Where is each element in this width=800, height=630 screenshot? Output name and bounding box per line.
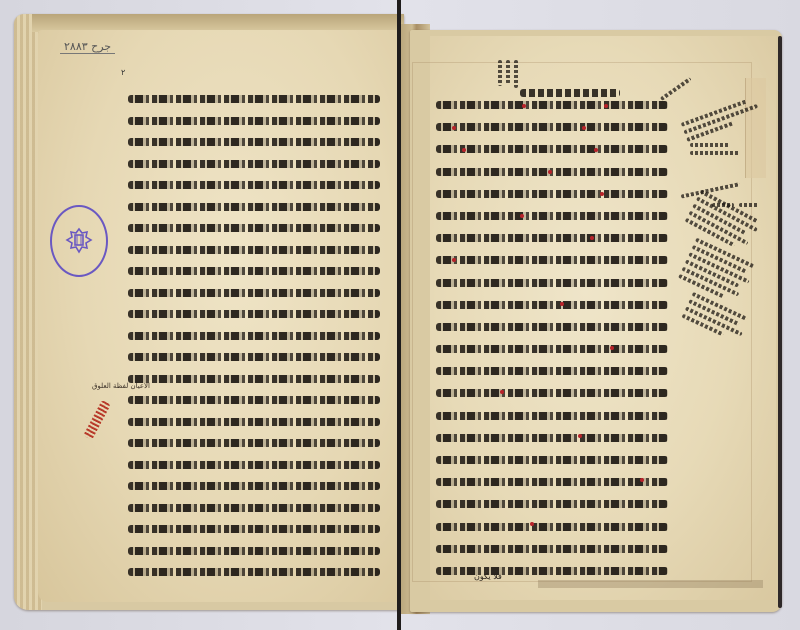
text-line: وان خير تنبأ دفعا تعالى ومن افضل علم الا… (436, 279, 668, 287)
rubric-dot (522, 104, 526, 108)
text-line: او بدل من الله او صفة (128, 504, 380, 512)
rubric-dot (578, 434, 582, 438)
text-line: اسار المتقى لا مهمل مخل فاجب ملتمسهم رجا… (436, 545, 668, 553)
rubric-dot (452, 258, 456, 262)
text-line: الشرح ومعتدل وبعضها وسيط يحمل التفصيل فص… (436, 389, 668, 397)
text-line: تقديم الجملة ان نوعين ليستفاد بلام الجنس… (128, 332, 380, 340)
rubric-dot (594, 148, 598, 152)
text-line: عن حمده او اخفى معنى اجلال الله بقال كذب… (128, 203, 380, 211)
text-line: صفة الجملة من الجملة العائدين بل الوجه ا… (128, 353, 380, 361)
text-line: ان اخبار بها الاستعارة بحمل الاخرى فيها … (128, 181, 380, 189)
text-line: الحمد لله على هداية الهداية والاسلام وعط… (436, 101, 668, 109)
margin-gloss (494, 60, 518, 78)
rubric-dot (548, 170, 552, 174)
rubric-dot (462, 148, 466, 152)
text-line: البلاغية كما قال الشارح لكن هذا التفسير (128, 396, 380, 404)
text-line: صرف ولكن ايام ولياليه ونظم فيعقد تحصيل د… (436, 301, 668, 309)
library-stamp (50, 205, 108, 277)
rubric-dot (582, 126, 586, 130)
text-line: المذهب الشافعي من التعاقبة (128, 418, 380, 426)
rubric-dot (452, 126, 456, 130)
text-line: عن خباياه كان عبارته وبظهر خفاياه نكت اع… (436, 412, 668, 420)
text-line: لانه مرتب المراتب البديعة ومنكبو الاسالي… (436, 345, 668, 353)
text-line: استعفات بعض الاحبة من الطلاب الالبة ما خ… (436, 456, 668, 464)
rubric-dot (640, 478, 644, 482)
text-line: حديث خير الانام محمد المخصوص بمقام اعلى … (436, 123, 668, 131)
text-line: كلام بليد والفضاء القصار في الاشتهار كال… (436, 367, 668, 375)
gutter-shadow-line (397, 0, 401, 630)
text-line: ... (128, 267, 380, 275)
text-line: لا قائل بالفصل وما الحليم (128, 461, 380, 469)
text-line: ... (128, 224, 380, 232)
text-line: مسلمة الذخر مؤسس البقاء ونتيجة الاولى هي… (436, 234, 668, 242)
rubric-dot (560, 302, 564, 306)
margin-gloss (690, 143, 742, 159)
rubric-dot (610, 346, 614, 350)
text-line: وسمى مبارق الازهار في شرح مشارق الانوار … (436, 500, 668, 508)
text-line: بسبب انعام مع كذا في الحمد لله اولى من ق… (128, 138, 380, 146)
text-line: وهو اسم فاعل من اسمى اذا اوجد بحلبيه الر… (128, 375, 380, 383)
text-line: الراجحات على حقيقة وطبقة بمعنى (128, 482, 380, 490)
paper-repair-strip (745, 78, 766, 178)
rubric-dot (604, 104, 608, 108)
rubric-dot (600, 192, 604, 196)
text-line: ... (128, 289, 380, 297)
rubric-dot (520, 214, 524, 218)
text-line: لا يكون بعض الشكر ثناء لكن الحمد في افاد… (128, 95, 380, 103)
text-line: ... (128, 246, 380, 254)
basmala-heading: بسم الله الرحمن الرحيم وبه نستعين (520, 89, 620, 97)
shelf-mark: جرح ٢٨٨٣ (60, 40, 115, 54)
folio-number: ٢ (121, 68, 125, 77)
text-line: وجوه الفضائل ومع النظر في الاوائل صرف في… (436, 212, 668, 220)
text-line: المعروف بابن ملك والمحفوظ بحفظ الملك غفر… (436, 190, 668, 198)
seal-emblem-icon (64, 226, 94, 256)
text-line: كما ذهب اليه بعض الشارحين لكن قائله حامد… (128, 160, 380, 168)
text-line: الذي اجتنب الركن والتطويل تاركا تعرضي ما… (436, 434, 668, 442)
text-line: ... (128, 310, 380, 318)
text-line: صفات تعالى الذاتية قديمة (128, 525, 380, 533)
right-page-edge-shadow (778, 36, 782, 608)
text-line: وتعلق الموجب بذاته كما قالت الفلاسفة ومن… (128, 117, 380, 125)
text-line: لخت الى ذهبه وكلي به فقد خلق وبعلو وان ع… (436, 256, 668, 264)
rubric-dot (590, 236, 594, 240)
text-line: تبيان احالي وعاشق فيه من الكتب الفاخرة و… (436, 323, 668, 331)
text-line: المولى اسكنه الله وجنات جنات وقدوة عليه … (436, 567, 668, 575)
catch-word: فلا يكون (474, 572, 502, 581)
rubric-dot (500, 390, 504, 394)
rubric-dot (530, 522, 534, 526)
right-main-text: الحمد لله على هداية الهداية والاسلام وعط… (436, 101, 668, 589)
text-line: كيفية الى الله نوع من خلق الله (128, 568, 380, 576)
text-line: ما ضحكت قرطاس بكاء الاقلام وبكت افراس بج… (436, 145, 668, 153)
left-main-text: لا يكون بعض الشكر ثناء لكن الحمد في افاد… (128, 95, 380, 590)
text-line: الله من الناس تهوى اليه فانه تم الكتاب ا… (436, 523, 668, 531)
text-line: الذي اشتملت الاول من (128, 439, 380, 447)
text-line: يكتب بها في اللوح المحفوظ (128, 547, 380, 555)
text-line: خيوط الاحلام لبوت الاقدام وبعد فيقول الض… (436, 168, 668, 176)
text-line: بعدان من حالي الاوفر قصوري في بضاعات الف… (436, 478, 668, 486)
